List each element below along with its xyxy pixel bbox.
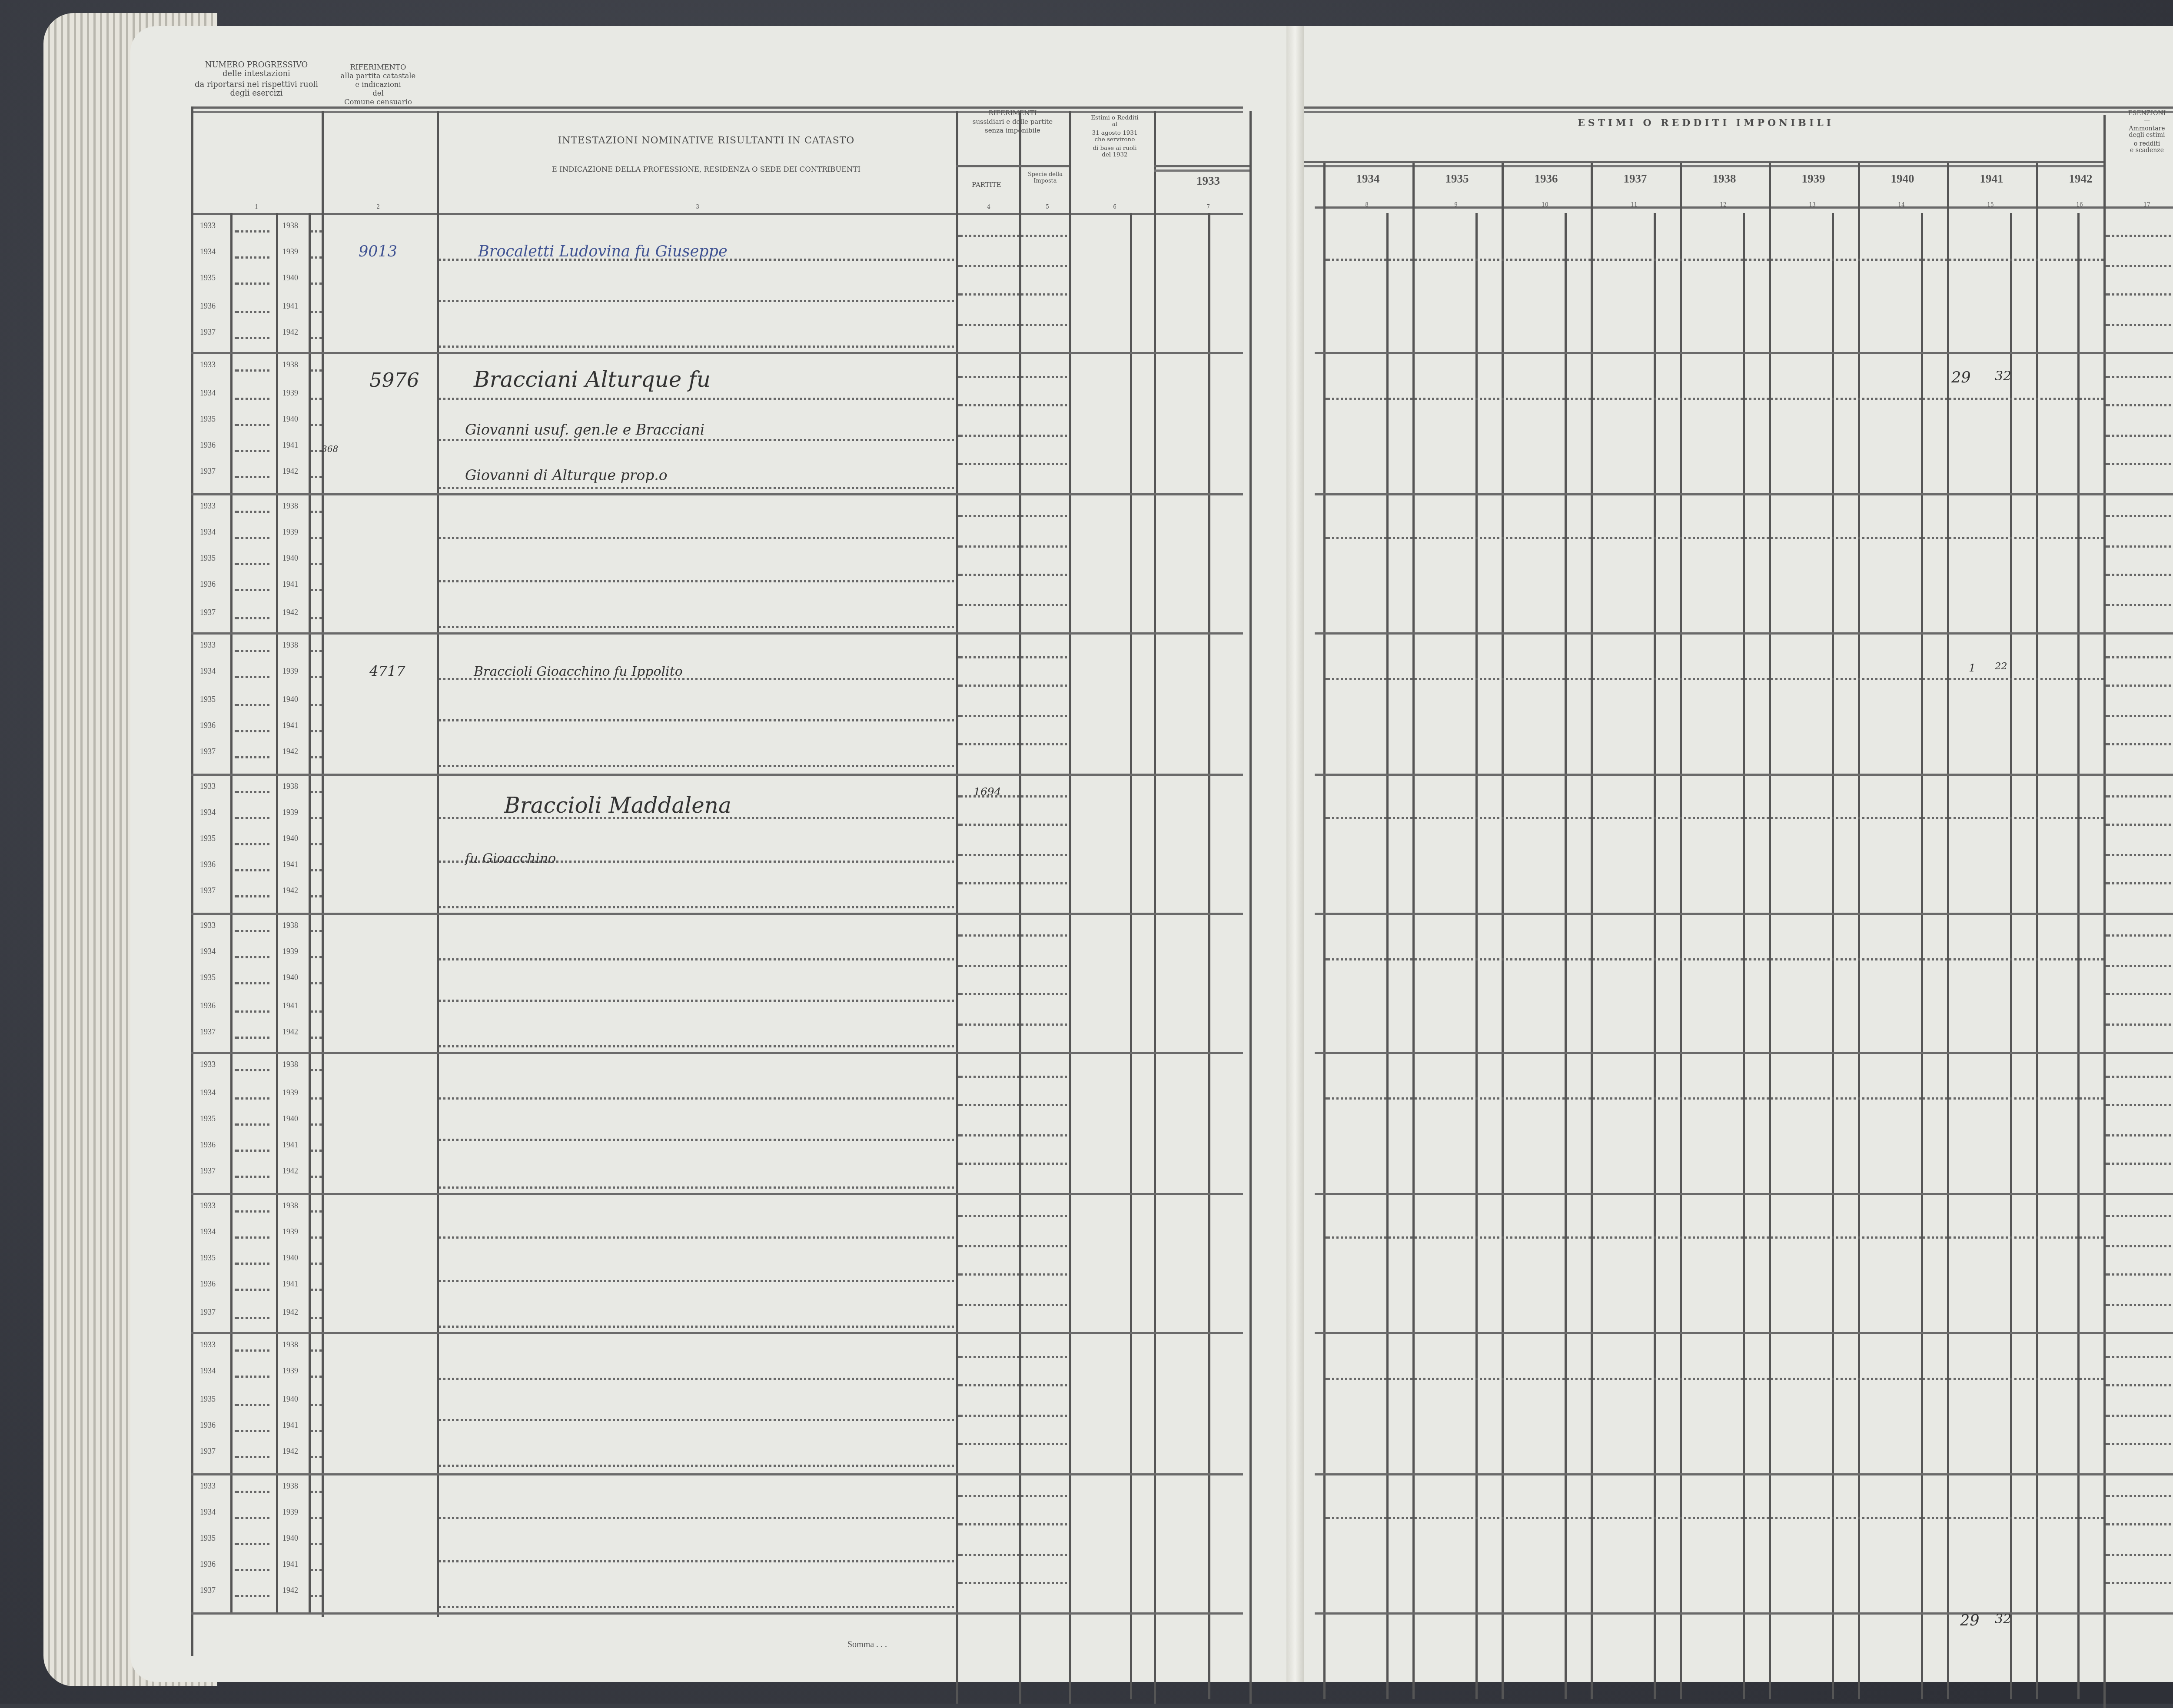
year-label: 1942 — [282, 1027, 298, 1036]
book-spine — [1286, 26, 1304, 1682]
column-number: 10 — [1536, 202, 1554, 209]
dotted-rule — [235, 563, 269, 565]
year-label: 1939 — [282, 248, 298, 257]
right-page — [1295, 26, 2173, 1682]
year-label: 1942 — [282, 468, 298, 476]
dotted-rule — [2106, 603, 2173, 605]
dotted-rule — [958, 574, 1067, 576]
year-label: 1936 — [200, 301, 216, 310]
dotted-rule — [439, 1186, 954, 1188]
dotted-rule — [439, 346, 954, 348]
dotted-rule — [958, 545, 1067, 547]
dotted-rule — [311, 817, 322, 819]
somma-value-1941-cents: 32 — [1995, 1612, 2011, 1628]
dotted-rule — [439, 626, 954, 628]
dotted-rule — [235, 756, 269, 758]
year-label: 1941 — [282, 1561, 298, 1569]
dotted-rule — [311, 510, 322, 512]
year-label: 1938 — [282, 921, 298, 930]
year-label: 1936 — [200, 1001, 216, 1010]
cents-divider — [1386, 213, 1389, 1699]
dotted-rule — [958, 824, 1067, 827]
year-label: 1940 — [282, 834, 298, 843]
year-label: 1939 — [282, 668, 298, 677]
dotted-rule — [958, 235, 1067, 237]
dotted-rule — [2106, 655, 2173, 658]
dotted-rule — [2106, 405, 2173, 407]
somma-value-1941: 29 — [1960, 1612, 1980, 1630]
header-line: e indicazioni — [326, 81, 430, 90]
year-label: 1939 — [282, 528, 298, 537]
dotted-rule — [958, 1075, 1067, 1077]
dotted-rule — [958, 854, 1067, 856]
header-line: delle intestazioni — [193, 70, 319, 80]
subheader-divider — [1304, 161, 2103, 167]
dotted-rule — [311, 957, 322, 959]
year-label: 1939 — [282, 1228, 298, 1236]
dotted-rule — [958, 603, 1067, 605]
dotted-rule — [1326, 817, 2103, 820]
column-divider — [1412, 163, 1415, 1699]
dotted-rule — [311, 1150, 322, 1152]
year-label: 1939 — [282, 948, 298, 957]
dotted-rule — [235, 1236, 269, 1239]
year-label: 1937 — [200, 1167, 216, 1176]
dotted-rule — [311, 930, 322, 932]
year-label: 1933 — [200, 222, 216, 230]
dotted-rule — [235, 1543, 269, 1545]
dotted-rule — [235, 957, 269, 959]
year-label: 1940 — [282, 694, 298, 703]
year-label: 1939 — [282, 1508, 298, 1516]
dotted-rule — [439, 1559, 954, 1562]
dotted-rule — [439, 766, 954, 768]
dotted-rule — [958, 964, 1067, 967]
dotted-rule — [311, 1036, 322, 1038]
year-label: 1937 — [200, 1027, 216, 1036]
year-label: 1935 — [200, 694, 216, 703]
dotted-rule — [311, 1403, 322, 1405]
year-label: 1939 — [282, 388, 298, 397]
dotted-rule — [958, 375, 1067, 378]
dotted-rule — [439, 1000, 954, 1002]
year-label: 1936 — [200, 1421, 216, 1429]
dotted-rule — [235, 983, 269, 985]
column-divider — [2036, 163, 2038, 1699]
dotted-rule — [2106, 265, 2173, 267]
dotted-rule — [235, 537, 269, 539]
dotted-rule — [1326, 398, 2103, 400]
year-label: 1937 — [200, 748, 216, 756]
dotted-rule — [311, 1123, 322, 1125]
dotted-rule — [311, 370, 322, 372]
cents-divider — [2077, 213, 2080, 1699]
dotted-rule — [311, 1210, 322, 1212]
dotted-rule — [2106, 1075, 2173, 1077]
dotted-rule — [235, 703, 269, 705]
year-label: 1938 — [282, 1341, 298, 1350]
dotted-rule — [235, 423, 269, 425]
header-bottom-border — [1315, 206, 2173, 209]
year-label: 1934 — [200, 248, 216, 257]
dotted-rule — [311, 1289, 322, 1292]
cents-divider — [1208, 213, 1210, 1699]
dotted-rule — [958, 1443, 1067, 1445]
dotted-rule — [958, 655, 1067, 658]
year-label: 1938 — [282, 781, 298, 790]
dotted-rule — [235, 476, 269, 479]
entry-block-divider — [191, 1193, 1243, 1195]
dotted-rule — [2106, 795, 2173, 797]
year-label: 1933 — [200, 1061, 216, 1070]
year-label: 1933 — [200, 641, 216, 650]
column-number: 16 — [2071, 202, 2088, 209]
dotted-rule — [1326, 1517, 2103, 1519]
dotted-rule — [235, 896, 269, 898]
dotted-rule — [2106, 1443, 2173, 1445]
dotted-rule — [439, 1140, 954, 1142]
header-estimi-1931: Estimi o Redditi al 31 agosto 1931 che s… — [1073, 115, 1156, 159]
entry-block-divider — [1315, 1193, 2173, 1195]
dotted-rule — [439, 538, 954, 540]
year-label: 1935 — [200, 555, 216, 563]
year-label: 1934 — [200, 528, 216, 537]
header-specie-imposta: Specie della Imposta — [1021, 172, 1069, 186]
entry-5-partite: 1694 — [974, 787, 1001, 800]
dotted-rule — [2106, 1274, 2173, 1276]
entry-block-divider — [191, 773, 1243, 775]
dotted-rule — [311, 756, 322, 758]
dotted-rule — [235, 283, 269, 286]
year-label: 1942 — [282, 1167, 298, 1176]
column-divider — [1069, 111, 1071, 1702]
dotted-rule — [2106, 1023, 2173, 1025]
year-label: 1942 — [282, 887, 298, 896]
dotted-rule — [311, 790, 322, 792]
dotted-rule — [311, 616, 322, 618]
year-label: 1935 — [200, 1394, 216, 1403]
dotted-rule — [2106, 714, 2173, 716]
column-divider — [1858, 163, 1860, 1699]
header-estimi-redditi-imponibili: ESTIMI O REDDITI IMPONIBILI — [1434, 120, 1977, 132]
dotted-rule — [235, 1596, 269, 1598]
dotted-rule — [439, 957, 954, 960]
dotted-rule — [235, 650, 269, 652]
year-label: 1941 — [282, 1421, 298, 1429]
year-label: 1935 — [200, 415, 216, 423]
dotted-rule — [2106, 1554, 2173, 1556]
entry-4-partita: 4717 — [369, 663, 405, 680]
left-page — [130, 26, 1295, 1682]
dotted-rule — [958, 1274, 1067, 1276]
dotted-rule — [2106, 515, 2173, 517]
dotted-rule — [235, 1429, 269, 1432]
header-riferimento: RIFERIMENTO alla partita catastale e ind… — [326, 63, 430, 108]
column-divider — [1249, 111, 1252, 1702]
entry-1-name: Brocaletti Ludovina fu Giuseppe — [478, 243, 728, 261]
column-number: 3 — [689, 204, 706, 211]
dotted-rule — [311, 1010, 322, 1012]
entry-4-value-1941-cents: 22 — [1995, 663, 2007, 674]
column-divider — [1019, 111, 1021, 1702]
year-label: 1937 — [200, 328, 216, 336]
dotted-rule — [958, 685, 1067, 687]
dotted-rule — [311, 336, 322, 339]
dotted-rule — [311, 537, 322, 539]
dotted-rule — [958, 994, 1067, 996]
year-label: 1937 — [200, 468, 216, 476]
year-label: 1935 — [200, 1534, 216, 1543]
dotted-rule — [2106, 1244, 2173, 1246]
dotted-rule — [2106, 1495, 2173, 1497]
year-label: 1941 — [282, 581, 298, 590]
dotted-rule — [439, 1279, 954, 1282]
header-numero-progressivo: NUMERO PROGRESSIVO delle intestazioni da… — [193, 61, 319, 100]
dotted-rule — [311, 1070, 322, 1072]
dotted-rule — [958, 1163, 1067, 1165]
dotted-rule — [311, 730, 322, 732]
dotted-rule — [2106, 294, 2173, 296]
year-label: 1937 — [200, 887, 216, 896]
header-riferimenti-sussidiari: RIFERIMENTI sussidiari e delle partite s… — [956, 111, 1069, 135]
year-label: 1941 — [282, 1001, 298, 1010]
dotted-rule — [311, 650, 322, 652]
dotted-rule — [2106, 463, 2173, 465]
column-number: 9 — [1447, 202, 1465, 209]
dotted-rule — [2106, 323, 2173, 326]
header-line: e scadenze — [2106, 149, 2173, 156]
dotted-rule — [311, 1543, 322, 1545]
year-label: 1937 — [200, 608, 216, 616]
header-line: del — [326, 90, 430, 99]
entry-block-divider — [191, 1053, 1243, 1055]
header-line: del 1932 — [1073, 152, 1156, 159]
year-label: 1937 — [200, 1587, 216, 1596]
entry-block-divider — [1315, 1472, 2173, 1475]
dotted-rule — [235, 1150, 269, 1152]
dotted-rule — [235, 1210, 269, 1212]
dotted-rule — [2106, 1355, 2173, 1357]
dotted-rule — [235, 1403, 269, 1405]
dotted-rule — [311, 1236, 322, 1239]
dotted-rule — [2106, 1524, 2173, 1526]
year-label: 1936 — [200, 721, 216, 730]
column-divider — [1154, 111, 1156, 1702]
cents-divider — [1832, 213, 1834, 1699]
year-label: 1934 — [200, 948, 216, 957]
year-label: 1938 — [282, 1481, 298, 1490]
year-label: 1942 — [282, 748, 298, 756]
year-label: 1940 — [282, 555, 298, 563]
dotted-rule — [439, 906, 954, 908]
dotted-rule — [235, 1376, 269, 1379]
dotted-rule — [958, 1355, 1067, 1357]
dotted-rule — [311, 476, 322, 479]
subheader-divider — [956, 165, 1069, 167]
entry-block-divider — [1315, 773, 2173, 775]
year-label: 1936 — [200, 1141, 216, 1150]
entry-2-name-line-3: Giovanni di Alturque prop.o — [465, 467, 668, 485]
column-number: 13 — [1804, 202, 1821, 209]
year-label: 1938 — [282, 641, 298, 650]
dotted-rule — [311, 843, 322, 845]
dotted-rule — [235, 843, 269, 845]
dotted-rule — [958, 1495, 1067, 1497]
year-label: 1941 — [282, 1141, 298, 1150]
year-label: 1940 — [282, 974, 298, 983]
dotted-rule — [311, 1176, 322, 1178]
entry-block-divider — [191, 1333, 1243, 1335]
year-label: 1938 — [282, 1201, 298, 1210]
header-year-1934: 1934 — [1323, 174, 1412, 187]
year-label: 1934 — [200, 1508, 216, 1516]
dotted-rule — [311, 1263, 322, 1265]
dotted-rule — [235, 1070, 269, 1072]
dotted-rule — [1326, 258, 2103, 260]
dotted-rule — [235, 730, 269, 732]
year-label: 1940 — [282, 415, 298, 423]
year-label: 1936 — [200, 1561, 216, 1569]
dotted-rule — [2106, 434, 2173, 436]
column-divider — [437, 111, 439, 1617]
dotted-rule — [311, 1350, 322, 1352]
dotted-rule — [2106, 1583, 2173, 1585]
dotted-rule — [311, 1516, 322, 1519]
dotted-rule — [311, 450, 322, 452]
header-line: alla partita catastale — [326, 72, 430, 81]
header-year-1939: 1939 — [1769, 174, 1858, 187]
dotted-rule — [2106, 883, 2173, 885]
dotted-rule — [235, 1123, 269, 1125]
column-number: 8 — [1358, 202, 1376, 209]
dotted-rule — [235, 590, 269, 592]
dotted-rule — [2106, 574, 2173, 576]
table-left-border — [191, 106, 193, 1656]
dotted-rule — [958, 1414, 1067, 1416]
year-label: 1941 — [282, 1281, 298, 1289]
column-divider — [322, 111, 324, 1617]
dotted-rule — [235, 817, 269, 819]
dotted-rule — [439, 486, 954, 488]
dotted-rule — [235, 1316, 269, 1318]
dotted-rule — [235, 510, 269, 512]
dotted-rule — [311, 257, 322, 259]
column-divider — [1680, 163, 1682, 1699]
dotted-rule — [439, 1046, 954, 1048]
dotted-rule — [439, 580, 954, 582]
dotted-rule — [235, 1456, 269, 1458]
header-line: senza imponibile — [956, 127, 1069, 136]
header-line: degli esercizi — [193, 90, 319, 100]
cents-divider — [1921, 213, 1923, 1699]
header-line: da riportarsi nei rispettivi ruoli — [193, 80, 319, 90]
year-label: 1933 — [200, 502, 216, 510]
dotted-rule — [235, 1350, 269, 1352]
entry-5-name-line-1: Braccioli Maddalena — [504, 795, 731, 819]
dotted-rule — [958, 463, 1067, 465]
dotted-rule — [439, 720, 954, 722]
dotted-rule — [958, 935, 1067, 937]
dotted-rule — [311, 563, 322, 565]
entry-4-value-1941: 1 — [1969, 663, 1976, 676]
dotted-rule — [1326, 1097, 2103, 1100]
dotted-rule — [958, 1244, 1067, 1246]
dotted-rule — [311, 230, 322, 233]
year-label: 1939 — [282, 1088, 298, 1097]
dotted-rule — [311, 703, 322, 705]
dotted-rule — [311, 1316, 322, 1318]
dotted-rule — [235, 1097, 269, 1099]
dotted-rule — [439, 440, 954, 442]
dotted-rule — [235, 450, 269, 452]
column-divider — [1769, 163, 1771, 1699]
year-label: 1933 — [200, 1341, 216, 1350]
entry-block-divider — [191, 913, 1243, 915]
dotted-rule — [235, 257, 269, 259]
dotted-rule — [311, 1456, 322, 1458]
cents-divider — [1565, 213, 1567, 1699]
dotted-rule — [958, 1384, 1067, 1386]
dotted-rule — [2106, 375, 2173, 378]
entry-block-divider — [1315, 1333, 2173, 1335]
dotted-rule — [311, 1376, 322, 1379]
year-label: 1935 — [200, 1114, 216, 1123]
dotted-rule — [958, 265, 1067, 267]
dotted-rule — [235, 1010, 269, 1012]
dotted-rule — [235, 616, 269, 618]
year-label: 1935 — [200, 834, 216, 843]
year-label: 1940 — [282, 1534, 298, 1543]
dotted-rule — [235, 1490, 269, 1492]
year-label: 1942 — [282, 328, 298, 336]
dotted-rule — [235, 1289, 269, 1292]
dotted-rule — [235, 370, 269, 372]
header-year-1942: 1942 — [2036, 174, 2125, 187]
header-year-1940: 1940 — [1858, 174, 1947, 187]
dotted-rule — [2106, 1414, 2173, 1416]
year-label: 1942 — [282, 608, 298, 616]
dotted-rule — [2106, 824, 2173, 827]
dotted-rule — [958, 515, 1067, 517]
year-label: 1935 — [200, 974, 216, 983]
header-year-1936: 1936 — [1502, 174, 1591, 187]
year-label: 1942 — [282, 1587, 298, 1596]
year-label: 1937 — [200, 1307, 216, 1316]
column-number: 6 — [1106, 204, 1123, 211]
dotted-rule — [2106, 1104, 2173, 1107]
cents-divider — [1130, 213, 1132, 1699]
year-label: 1941 — [282, 861, 298, 870]
dotted-rule — [235, 397, 269, 399]
dotted-rule — [235, 1516, 269, 1519]
dotted-rule — [439, 1517, 954, 1519]
header-line: Comune censuario — [326, 99, 430, 108]
dotted-rule — [1326, 1237, 2103, 1239]
header-year-1941: 1941 — [1947, 174, 2036, 187]
header-intestazioni-subtitle: E INDICAZIONE DELLA PROFESSIONE, RESIDEN… — [445, 165, 967, 174]
column-number: 7 — [1199, 204, 1217, 211]
header-title: ESENZIONI — [2106, 111, 2173, 118]
header-year-1935: 1935 — [1412, 174, 1502, 187]
dotted-rule — [235, 677, 269, 679]
entry-2-name-line-2: Giovanni usuf. gen.le e Bracciani — [465, 422, 704, 439]
year-label: 1935 — [200, 1254, 216, 1263]
dotted-rule — [439, 1465, 954, 1468]
dotted-rule — [1326, 678, 2103, 680]
dotted-rule — [1326, 957, 2103, 960]
year-label: 1936 — [200, 861, 216, 870]
entry-2-value-1941: 29 — [1951, 369, 1971, 387]
